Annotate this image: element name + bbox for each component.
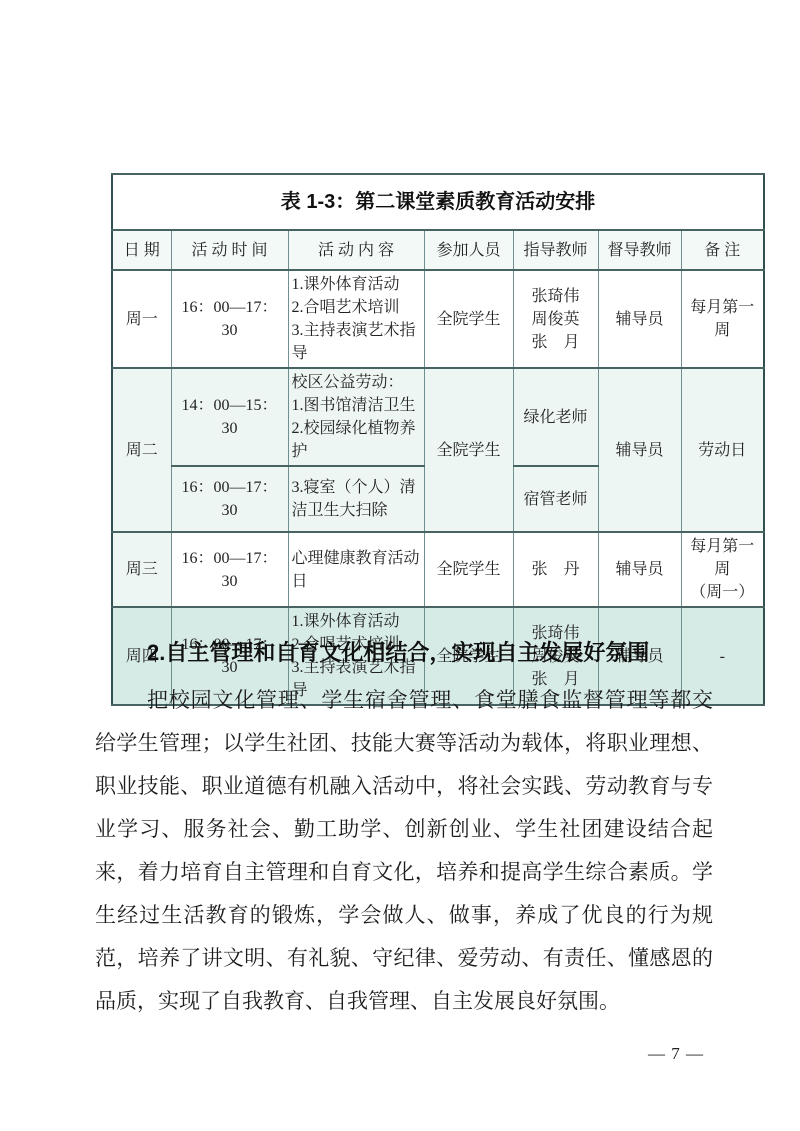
cell-tue-time-2: 16：00—17：30 <box>171 466 288 532</box>
table-row-tuesday-1: 周二 14：00—15：30 校区公益劳动： 1.图书馆清洁卫生 2.校园绿化植… <box>112 368 764 466</box>
col-header-time: 活 动 时 间 <box>171 230 288 270</box>
cell-mon-content: 1.课外体育活动 2.合唱艺术培训 3.主持表演艺术指导 <box>288 270 424 368</box>
page-number: — 7 — <box>648 1044 704 1064</box>
cell-tue-teacher-1: 绿化老师 <box>513 368 598 466</box>
cell-tue-supervisor: 辅导员 <box>598 368 681 532</box>
cell-mon-supervisor: 辅导员 <box>598 270 681 368</box>
cell-tue-content-1: 校区公益劳动： 1.图书馆清洁卫生 2.校园绿化植物养护 <box>288 368 424 466</box>
cell-mon-time: 16：00—17：30 <box>171 270 288 368</box>
table-header-row: 日 期 活 动 时 间 活 动 内 容 参加人员 指导教师 督导教师 备 注 <box>112 230 764 270</box>
cell-tue-time-1: 14：00—15：30 <box>171 368 288 466</box>
cell-wed-content: 心理健康教育活动日 <box>288 532 424 607</box>
cell-tue-content-2: 3.寝室（个人）清洁卫生大扫除 <box>288 466 424 532</box>
col-header-date: 日 期 <box>112 230 171 270</box>
col-header-remark: 备 注 <box>681 230 764 270</box>
cell-tue-day: 周二 <box>112 368 171 532</box>
col-header-participants: 参加人员 <box>424 230 513 270</box>
activity-schedule-table: 表 1-3：第二课堂素质教育活动安排 日 期 活 动 时 间 活 动 内 容 参… <box>111 173 765 706</box>
section-heading: 2.自主管理和自育文化相结合，实现自主发展好氛围 <box>95 636 713 670</box>
cell-mon-remark: 每月第一周 <box>681 270 764 368</box>
table-row-monday: 周一 16：00—17：30 1.课外体育活动 2.合唱艺术培训 3.主持表演艺… <box>112 270 764 368</box>
cell-wed-supervisor: 辅导员 <box>598 532 681 607</box>
table-title-row: 表 1-3：第二课堂素质教育活动安排 <box>112 174 764 230</box>
cell-wed-day: 周三 <box>112 532 171 607</box>
col-header-content: 活 动 内 容 <box>288 230 424 270</box>
table-row-wednesday: 周三 16：00—17：30 心理健康教育活动日 全院学生 张 丹 辅导员 每月… <box>112 532 764 607</box>
cell-mon-day: 周一 <box>112 270 171 368</box>
cell-wed-teachers: 张 丹 <box>513 532 598 607</box>
cell-tue-participants: 全院学生 <box>424 368 513 532</box>
table-title: 表 1-3：第二课堂素质教育活动安排 <box>112 174 764 230</box>
cell-tue-remark: 劳动日 <box>681 368 764 532</box>
cell-wed-remark: 每月第一周 （周一） <box>681 532 764 607</box>
body-paragraph: 把校园文化管理、学生宿舍管理、食堂膳食监督管理等都交给学生管理；以学生社团、技能… <box>95 679 713 1023</box>
cell-mon-participants: 全院学生 <box>424 270 513 368</box>
cell-tue-teacher-2: 宿管老师 <box>513 466 598 532</box>
col-header-supervisor: 督导教师 <box>598 230 681 270</box>
cell-wed-time: 16：00—17：30 <box>171 532 288 607</box>
cell-mon-teachers: 张琦伟 周俊英 张 月 <box>513 270 598 368</box>
cell-wed-participants: 全院学生 <box>424 532 513 607</box>
body-content: 2.自主管理和自育文化相结合，实现自主发展好氛围 把校园文化管理、学生宿舍管理、… <box>95 636 713 1023</box>
document-page: 表 1-3：第二课堂素质教育活动安排 日 期 活 动 时 间 活 动 内 容 参… <box>0 0 800 1131</box>
col-header-instructor: 指导教师 <box>513 230 598 270</box>
